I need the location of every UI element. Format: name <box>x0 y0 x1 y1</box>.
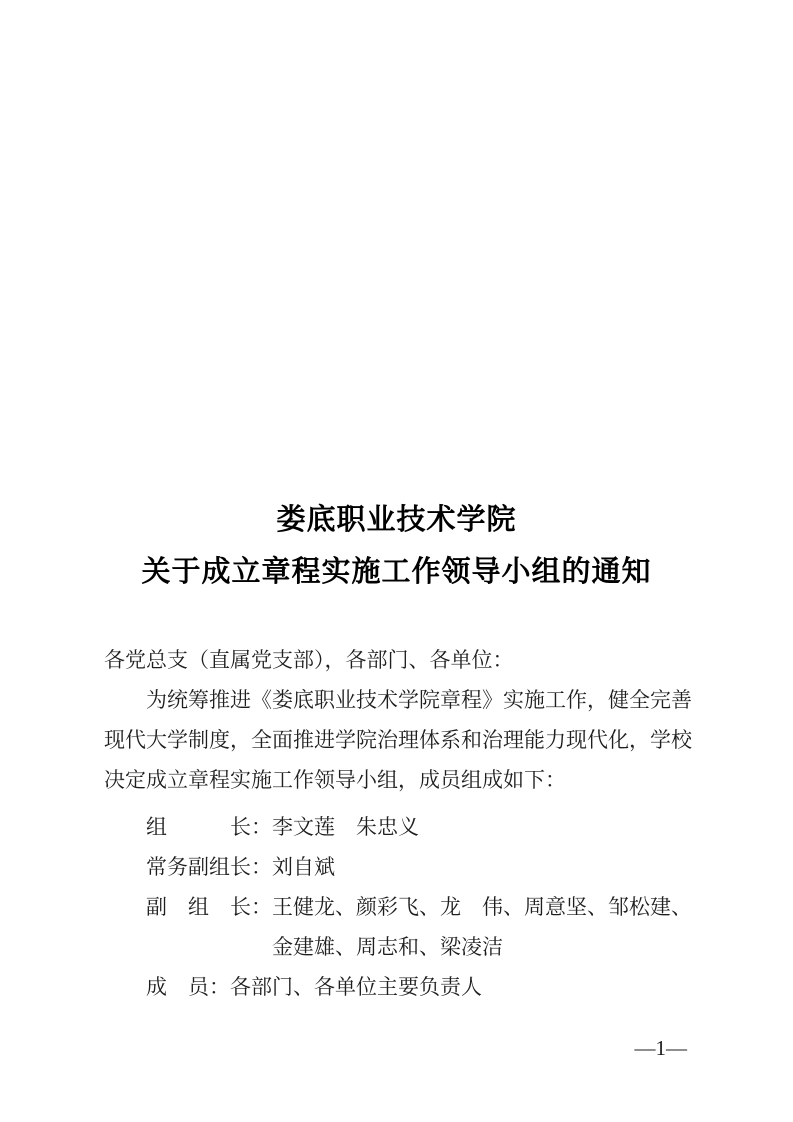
paragraph-line-3: 决定成立章程实施工作领导小组，成员组成如下： <box>104 760 704 800</box>
document-body: 各党总支（直属党支部），各部门、各单位： 为统筹推进《娄底职业技术学院章程》实施… <box>104 640 704 1007</box>
roster-names-line-2: 金建雄、周志和、梁凌洁 <box>272 927 692 967</box>
roster-row-deputy-leaders: 副 组 长： 王健龙、颜彩飞、龙 伟、周意坚、邹松建、 金建雄、周志和、梁凌洁 <box>146 887 704 967</box>
roster-names-leader: 李文莲 朱忠义 <box>272 815 419 839</box>
title-line-subject: 关于成立章程实施工作领导小组的通知 <box>0 546 793 598</box>
paragraph-line-2: 现代大学制度，全面推进学院治理体系和治理能力现代化，学校 <box>104 720 704 760</box>
roster-row-leader: 组 长：李文莲 朱忠义 <box>146 807 704 847</box>
roster-label-executive-deputy-leader: 常务副组长： <box>146 855 272 879</box>
leadership-roster: 组 长：李文莲 朱忠义 常务副组长：刘自斌 副 组 长： 王健龙、颜彩飞、龙 伟… <box>146 807 704 1007</box>
document-title: 娄底职业技术学院 关于成立章程实施工作领导小组的通知 <box>0 494 793 598</box>
title-line-institution: 娄底职业技术学院 <box>0 494 793 546</box>
roster-names-members: 各部门、各单位主要负责人 <box>230 975 482 999</box>
roster-label-deputy-leaders: 副 组 长： <box>146 887 272 967</box>
roster-row-executive-deputy-leader: 常务副组长：刘自斌 <box>146 847 704 887</box>
roster-label-leader: 组 长： <box>146 815 272 839</box>
roster-label-members: 成 员： <box>146 975 230 999</box>
document-page: 娄底职业技术学院 关于成立章程实施工作领导小组的通知 各党总支（直属党支部），各… <box>0 0 793 1122</box>
roster-names-executive-deputy-leader: 刘自斌 <box>272 855 335 879</box>
roster-names-deputy-leaders: 王健龙、颜彩飞、龙 伟、周意坚、邹松建、 金建雄、周志和、梁凌洁 <box>272 887 692 967</box>
page-number: —1— <box>635 1034 688 1062</box>
salutation: 各党总支（直属党支部），各部门、各单位： <box>104 640 704 680</box>
paragraph-line-1: 为统筹推进《娄底职业技术学院章程》实施工作，健全完善 <box>104 680 704 720</box>
roster-row-members: 成 员：各部门、各单位主要负责人 <box>146 967 704 1007</box>
roster-names-line-1: 王健龙、颜彩飞、龙 伟、周意坚、邹松建、 <box>272 887 692 927</box>
